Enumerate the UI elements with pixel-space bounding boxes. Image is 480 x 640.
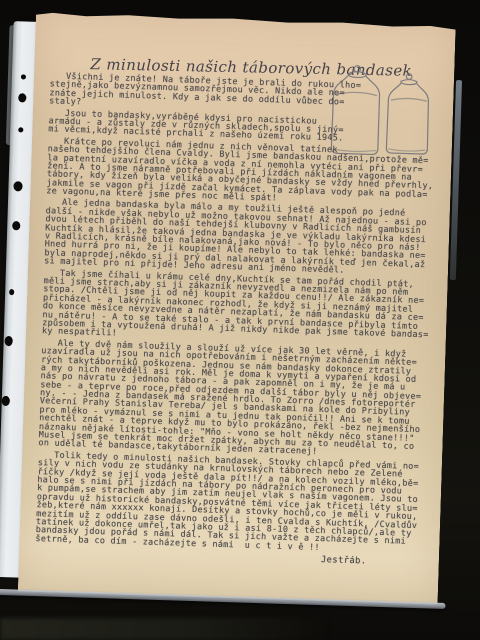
- punch-hole: [4, 336, 12, 346]
- punch-hole: [18, 127, 23, 132]
- punch-hole: [13, 181, 22, 191]
- paragraph: Ale ty dvě nám sloužily a slouží už více…: [38, 339, 439, 461]
- signature: Jestřáb.: [321, 555, 433, 569]
- punch-hole: [12, 221, 20, 230]
- punch-hole: [21, 74, 26, 79]
- plastic-sleeve: Z minulosti našich táborových bandasek: [0, 11, 464, 617]
- paragraph: Ale jedna bandaska byla málo a my toužil…: [44, 199, 444, 279]
- punch-hole: [18, 93, 26, 102]
- punch-hole: [2, 396, 10, 406]
- photo-background: Z minulosti našich táborových bandasek: [0, 0, 480, 640]
- table-surface-highlight: [0, 618, 330, 640]
- document-page: Z minulosti našich táborových bandasek: [18, 12, 456, 605]
- typed-text: Všichni je znáte! Na táboře jste je bral…: [35, 72, 448, 568]
- paragraph: Tak jsme číhali u krámu celé dny,Kuchtík…: [42, 269, 442, 349]
- punch-hole: [9, 289, 14, 295]
- paragraph: Krátce po revoluci nám jednu z nich věno…: [46, 137, 446, 208]
- paragraph: Tolik tedy o minulosti našich bandasek. …: [35, 451, 436, 556]
